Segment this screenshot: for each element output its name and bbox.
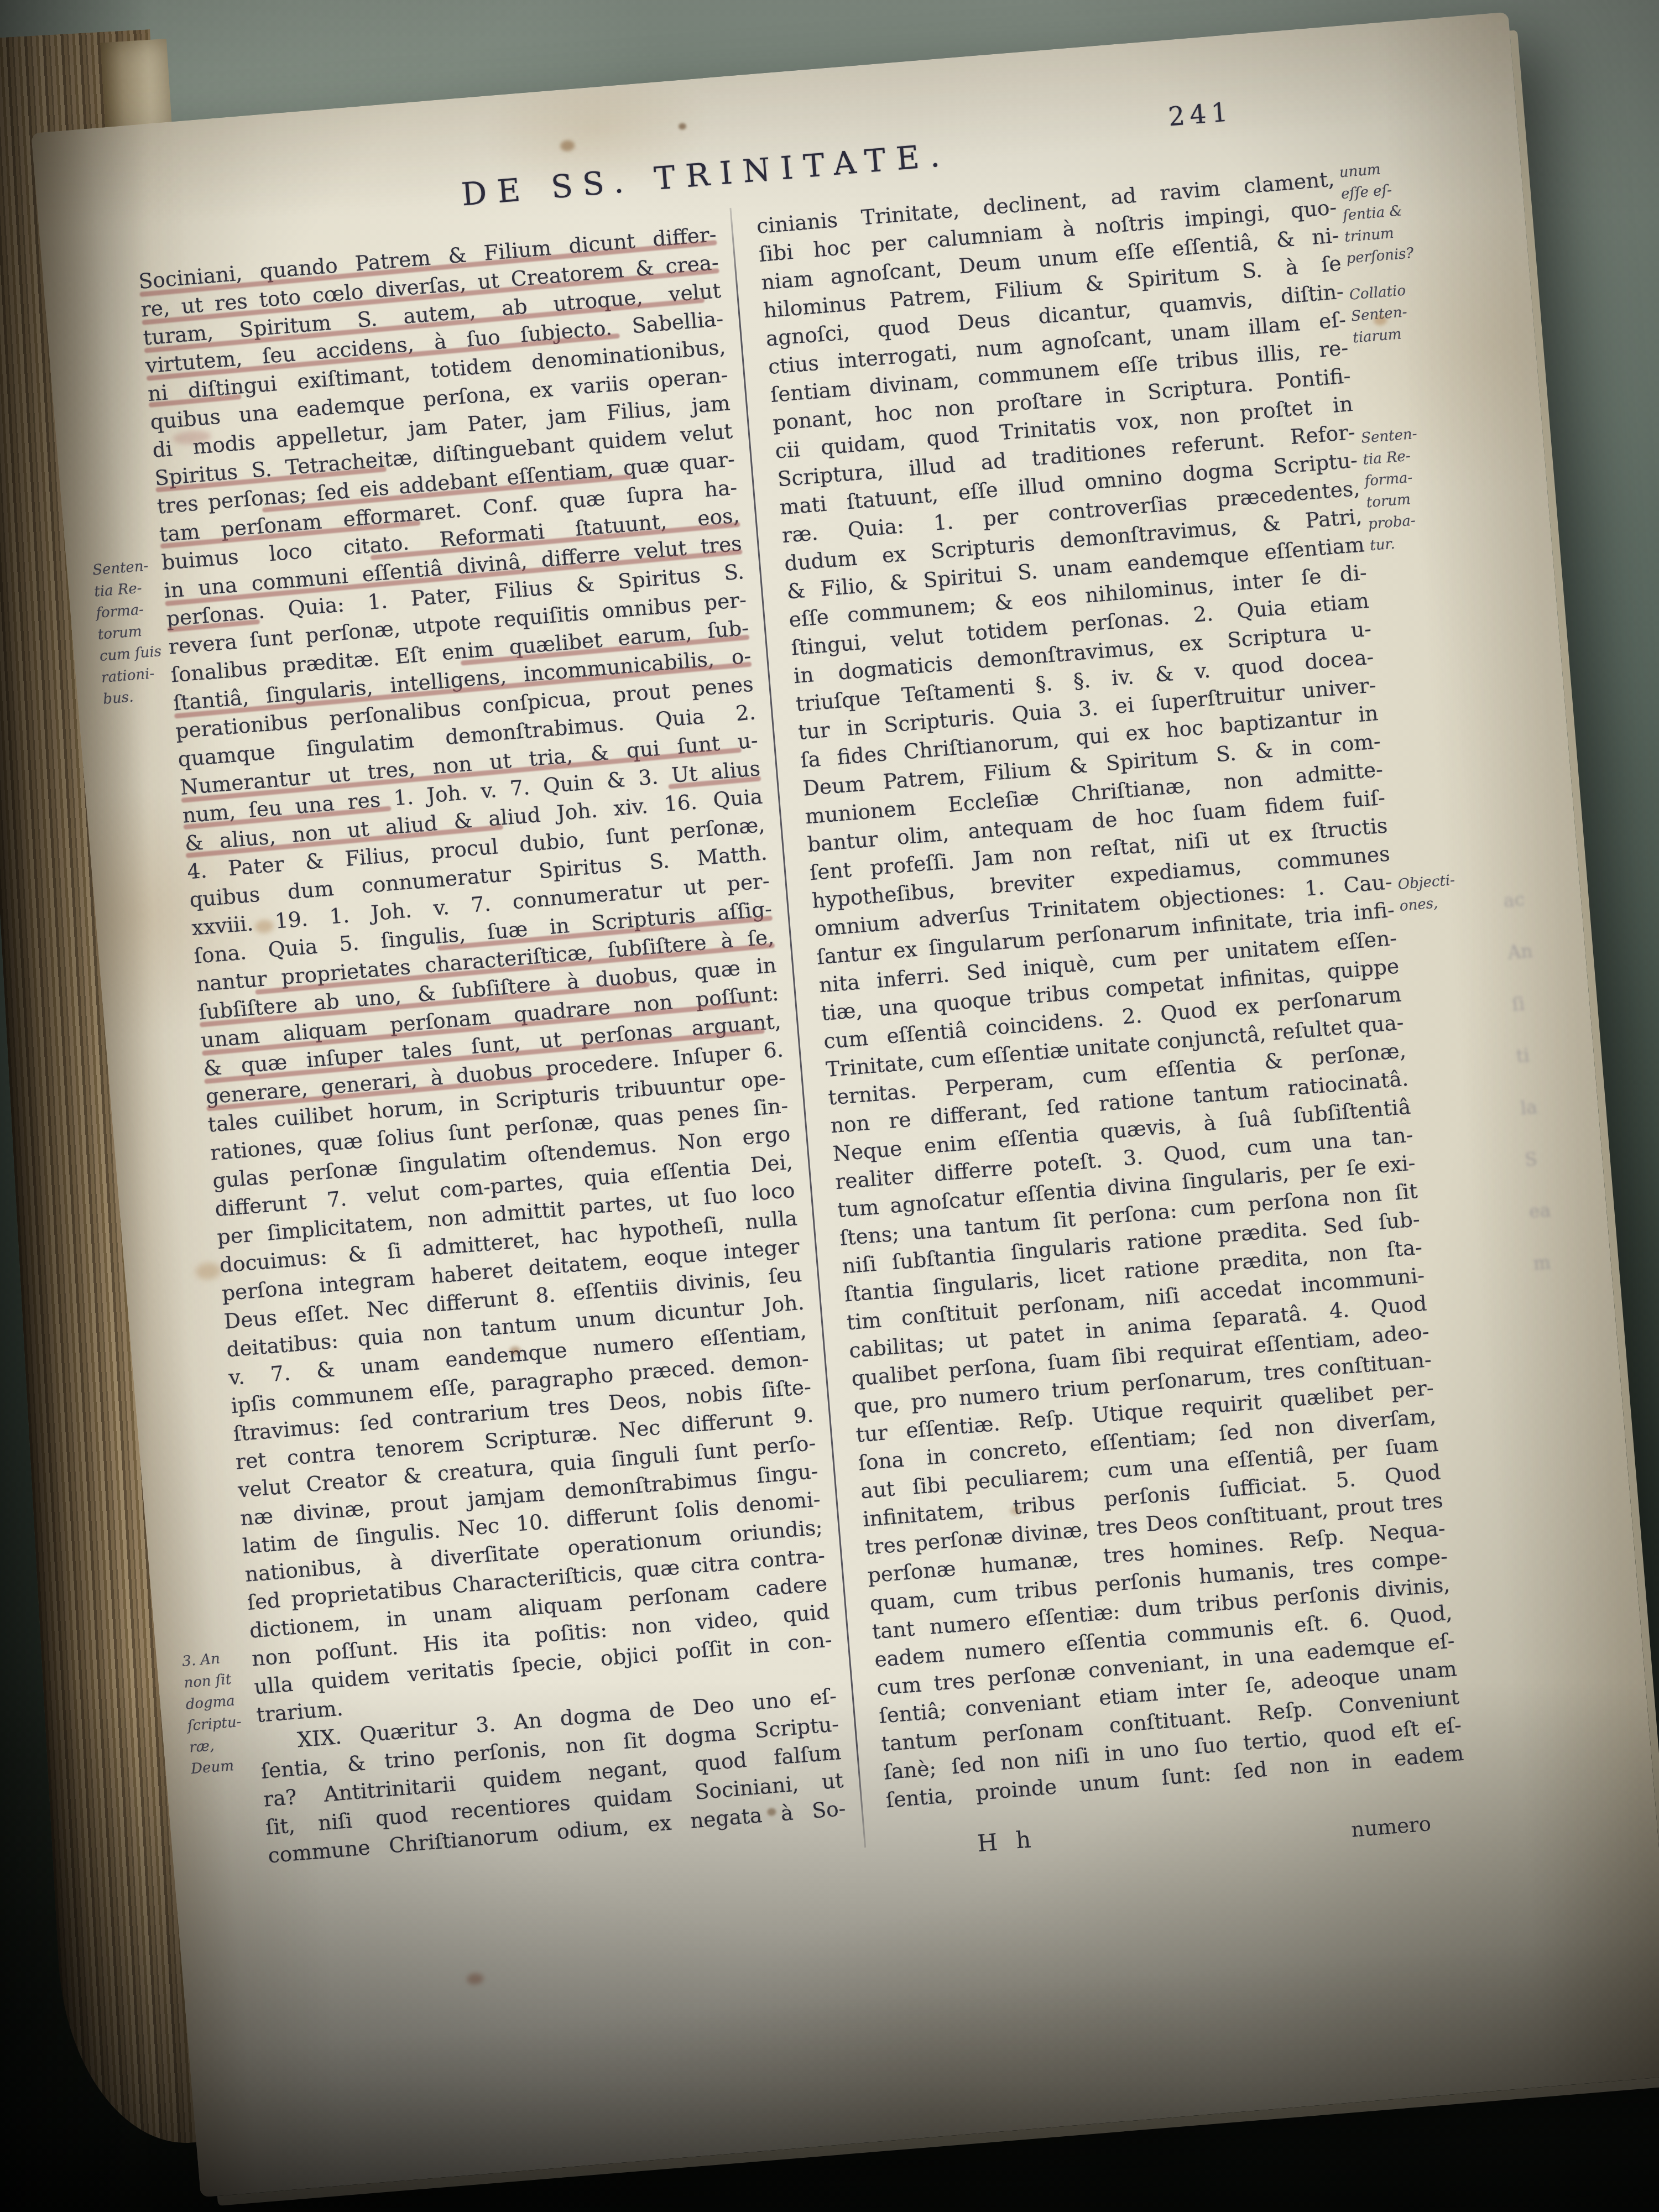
an-non-sit-dogma-note: 3. Annon ſitdogmaſcriptu-ræ,Deum bbox=[181, 1641, 310, 1780]
right-column: cinianis Trinitate, declinent, ad ravim … bbox=[755, 165, 1465, 1814]
photo-background: DE SS. TRINITATE. 241 Sociniani, quando … bbox=[0, 0, 1659, 2212]
unum-esse-essentia-note: unumeſſe eſ-ſentia &trinumperſonis? bbox=[1338, 153, 1465, 270]
paper-stain bbox=[195, 1262, 222, 1281]
bleedthrough-line: ſi bbox=[1510, 973, 1591, 1031]
signature-mark: H h bbox=[976, 1825, 1037, 1858]
bleedthrough-line: ti bbox=[1514, 1024, 1595, 1082]
bleedthrough-line: la bbox=[1519, 1076, 1600, 1134]
bleedthrough-line: m bbox=[1531, 1232, 1613, 1290]
paper-stain bbox=[466, 1973, 484, 1985]
left-column: Sociniani, quando Patrem & Filium dicunt… bbox=[138, 220, 847, 1870]
bleedthrough-line: ea bbox=[1527, 1180, 1608, 1238]
bleedthrough-line: S bbox=[1522, 1128, 1604, 1186]
collatio-sententiarum-note: CollatioSenten-tiarum bbox=[1349, 275, 1473, 349]
catchword: numero bbox=[1350, 1812, 1432, 1842]
sententia-reformatorum-probatur-note: Senten-tia Re-forma-torumproba-tur. bbox=[1360, 418, 1489, 557]
book-page: DE SS. TRINITATE. 241 Sociniani, quando … bbox=[31, 12, 1659, 2197]
paper-stain bbox=[679, 123, 687, 130]
bleedthrough-line: An bbox=[1506, 921, 1587, 979]
page-number: 241 bbox=[1167, 97, 1234, 132]
right-margin-notes: unumeſſe eſ-ſentia &trinumperſonis?Colla… bbox=[31, 12, 1508, 133]
sententia-reformatorum-note: Senten-tia Re-forma-torumcum ſuisrationi… bbox=[92, 550, 223, 711]
bleedthrough-line: ac bbox=[1501, 869, 1583, 927]
ink-bleedthrough: acAnſitilaSeam bbox=[1501, 869, 1613, 1290]
left-margin-notes: Senten-tia Re-forma-torumcum ſuisrationi… bbox=[31, 12, 1508, 133]
objectiones-note: Objecti-ones, bbox=[1397, 865, 1519, 917]
paper-stain bbox=[560, 140, 575, 152]
